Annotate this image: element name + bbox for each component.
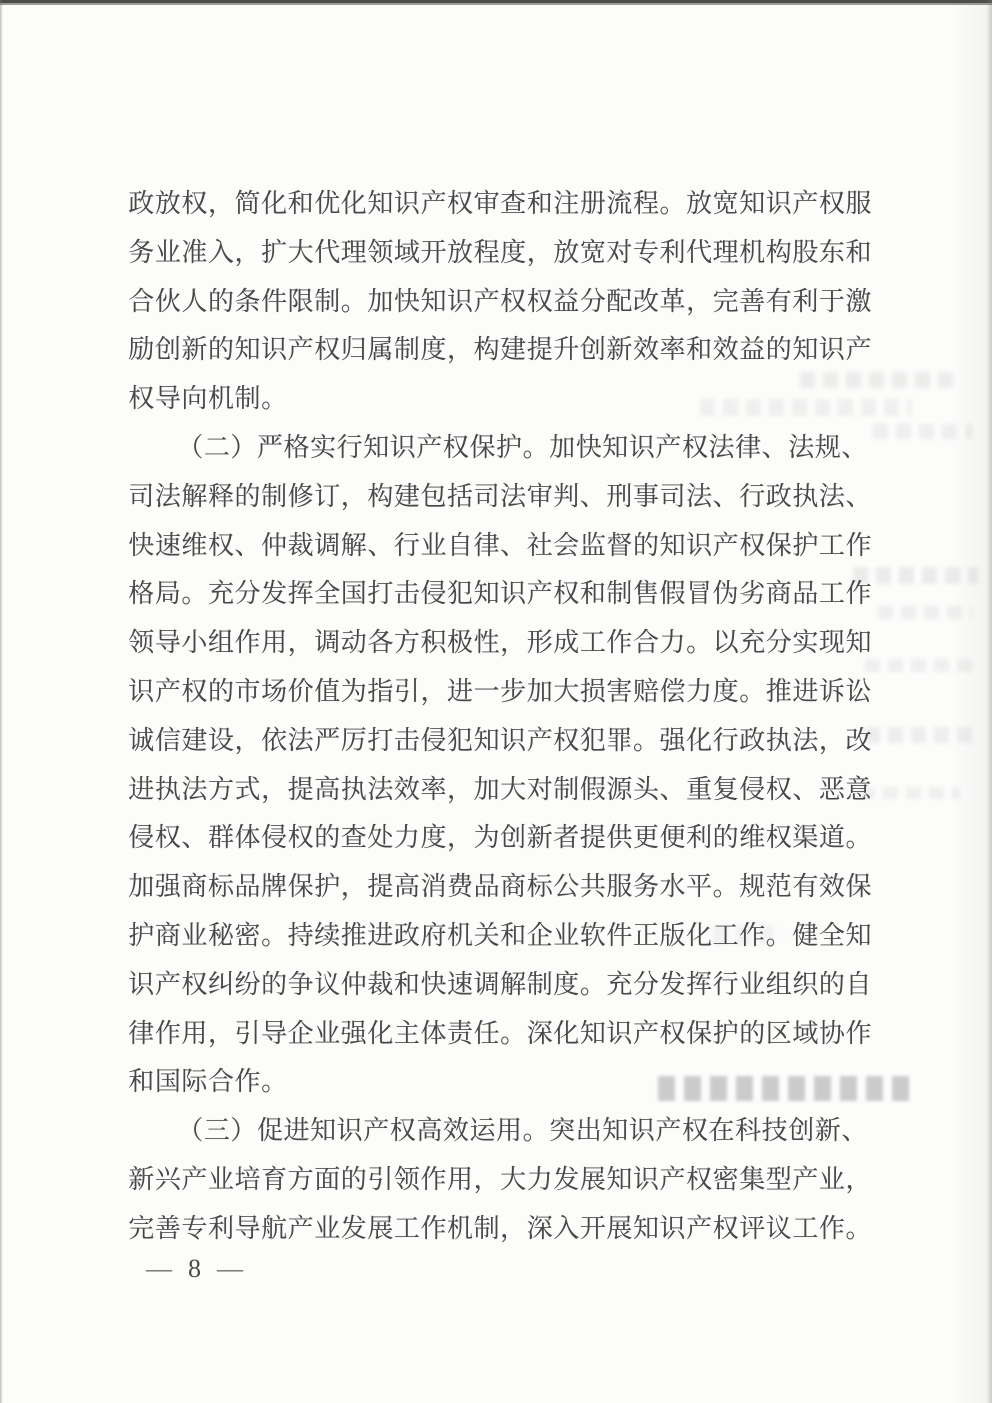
text-line: 识产权纠纷的争议仲裁和快速调解制度。充分发挥行业组织的自 bbox=[128, 961, 872, 1010]
document-body: 政放权，简化和优化知识产权审查和注册流程。放宽知识产权服务业准入，扩大代理领域开… bbox=[128, 180, 872, 1254]
text-line: 新兴产业培育方面的引领作用，大力发展知识产权密集型产业， bbox=[128, 1156, 872, 1205]
text-line: 励创新的知识产权归属制度，构建提升创新效率和效益的知识产 bbox=[128, 326, 872, 375]
text-line: 合伙人的条件限制。加快知识产权权益分配改革，完善有利于激 bbox=[128, 278, 872, 327]
text-line: 司法解释的制修订，构建包括司法审判、刑事司法、行政执法、 bbox=[128, 473, 872, 522]
text-line: 领导小组作用，调动各方积极性，形成工作合力。以充分实现知 bbox=[128, 619, 872, 668]
text-line: 进执法方式，提高执法效率，加大对制假源头、重复侵权、恶意 bbox=[128, 766, 872, 815]
text-line: 护商业秘密。持续推进政府机关和企业软件正版化工作。健全知 bbox=[128, 912, 872, 961]
document-page: 政放权，简化和优化知识产权审查和注册流程。放宽知识产权服务业准入，扩大代理领域开… bbox=[0, 0, 992, 1403]
bleed-through-artifact bbox=[860, 787, 960, 799]
text-line: 侵权、群体侵权的查处力度，为创新者提供更便利的维权渠道。 bbox=[128, 814, 872, 863]
text-line: 快速维权、仲裁调解、行业自律、社会监督的知识产权保护工作 bbox=[128, 522, 872, 571]
page-number-left-dash: — bbox=[146, 1254, 172, 1284]
text-line: 务业准入，扩大代理领域开放程度，放宽对专利代理机构股东和 bbox=[128, 229, 872, 278]
text-line: 权导向机制。 bbox=[128, 375, 872, 424]
scan-left-edge-artifact bbox=[0, 0, 3, 1403]
text-line: 诚信建设，依法严厉打击侵犯知识产权犯罪。强化行政执法，改 bbox=[128, 717, 872, 766]
page-number: — 8 — bbox=[146, 1254, 243, 1284]
text-line: 格局。充分发挥全国打击侵犯知识产权和制售假冒伪劣商品工作 bbox=[128, 570, 872, 619]
text-line: （三）促进知识产权高效运用。突出知识产权在科技创新、 bbox=[128, 1107, 872, 1156]
text-line: 完善专利导航产业发展工作机制，深入开展知识产权评议工作。 bbox=[128, 1205, 872, 1254]
page-number-value: 8 bbox=[188, 1254, 201, 1284]
scan-top-edge-artifact bbox=[0, 0, 992, 6]
text-line: 和国际合作。 bbox=[128, 1058, 872, 1107]
text-line: （二）严格实行知识产权保护。加快知识产权法律、法规、 bbox=[128, 424, 872, 473]
page-number-right-dash: — bbox=[217, 1254, 243, 1284]
text-line: 政放权，简化和优化知识产权审查和注册流程。放宽知识产权服 bbox=[128, 180, 872, 229]
text-line: 识产权的市场价值为指引，进一步加大损害赔偿力度。推进诉讼 bbox=[128, 668, 872, 717]
scan-right-edge-artifact bbox=[986, 0, 992, 1403]
text-line: 律作用，引导企业强化主体责任。深化知识产权保护的区域协作 bbox=[128, 1010, 872, 1059]
text-line: 加强商标品牌保护，提高消费品商标公共服务水平。规范有效保 bbox=[128, 863, 872, 912]
